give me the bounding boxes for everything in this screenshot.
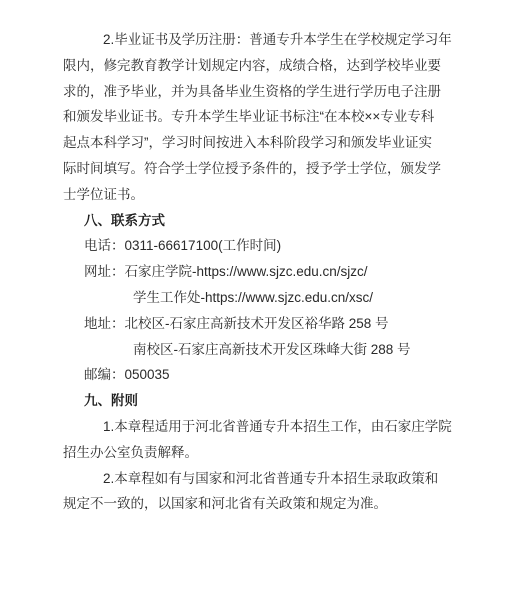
appendix-item2-line-2: 规定不一致的，以国家和河北省有关政策和规定为准。 [63,491,469,517]
contact-phone: 电话：0311-66617100(工作时间) [63,233,469,259]
contact-address-north-campus: 地址：北校区-石家庄高新技术开发区裕华路 258 号 [63,311,469,337]
appendix-item1-line-2: 招生办公室负责解释。 [63,440,469,466]
document-page: 2.毕业证书及学历注册：普通专升本学生在学校规定学习年 限内，修完教育教学计划规… [0,0,506,612]
para-graduation-line-2: 限内，修完教育教学计划规定内容，成绩合格，达到学校毕业要 [63,53,469,79]
section-heading-contact: 八、联系方式 [63,208,469,234]
appendix-item1-line-1: 1.本章程适用于河北省普通专升本招生工作，由石家庄学院 [63,414,469,440]
contact-website: 网址：石家庄学院-https://www.sjzc.edu.cn/sjzc/ [63,259,469,285]
para-graduation-line-4: 和颁发毕业证书。专升本学生毕业证书标注“在本校××专业专科 [63,104,469,130]
contact-postcode: 邮编：050035 [63,362,469,388]
contact-address-south-campus: 南校区-石家庄高新技术开发区珠峰大街 288 号 [63,337,469,363]
para-graduation-line-1: 2.毕业证书及学历注册：普通专升本学生在学校规定学习年 [63,27,469,53]
contact-website-student-affairs: 学生工作处-https://www.sjzc.edu.cn/xsc/ [63,285,469,311]
para-graduation-line-6: 际时间填写。符合学士学位授予条件的，授予学士学位，颁发学 [63,156,469,182]
para-graduation-line-7: 士学位证书。 [63,182,469,208]
section-heading-appendix: 九、附则 [63,388,469,414]
para-graduation-line-5: 起点本科学习”，学习时间按进入本科阶段学习和颁发毕业证实 [63,130,469,156]
appendix-item2-line-1: 2.本章程如有与国家和河北省普通专升本招生录取政策和 [63,466,469,492]
para-graduation-line-3: 求的，准予毕业，并为具备毕业生资格的学生进行学历电子注册 [63,79,469,105]
